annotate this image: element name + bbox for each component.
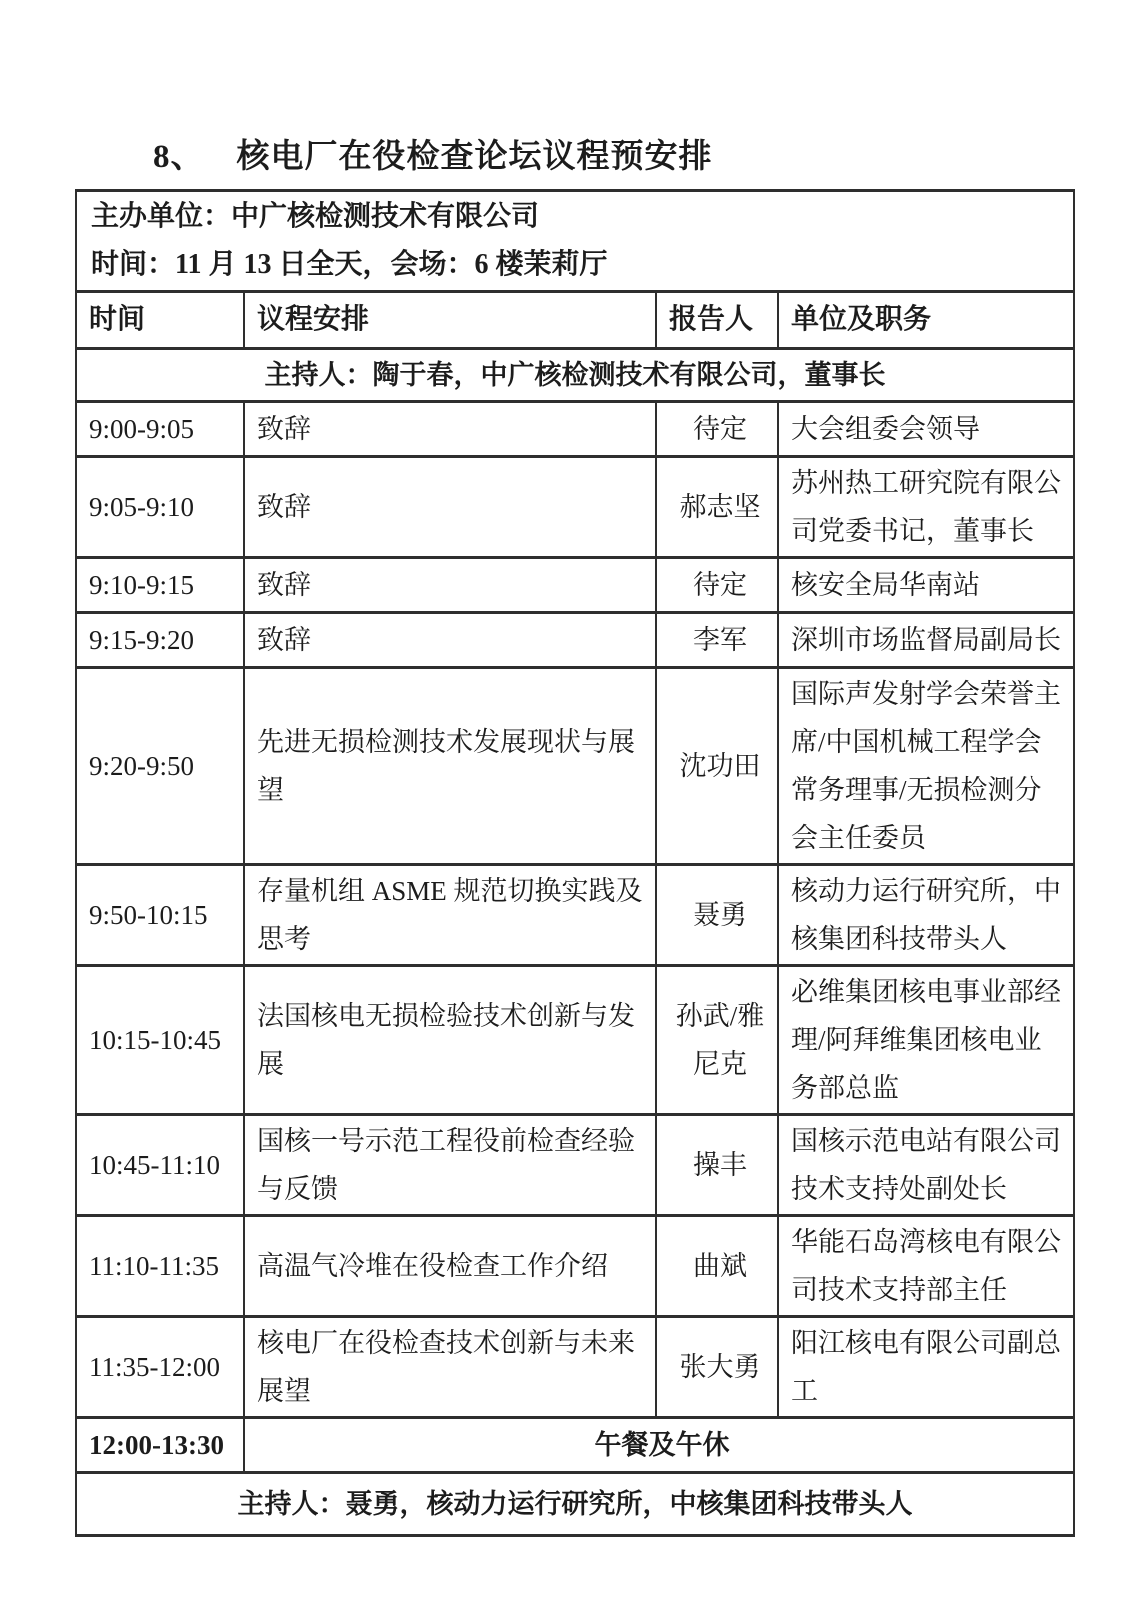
agenda-row-topic: 致辞 — [244, 457, 656, 558]
agenda-row: 11:35-12:00核电厂在役检查技术创新与未来展望张大勇阳江核电有限公司副总… — [76, 1317, 1074, 1418]
agenda-row-speaker: 张大勇 — [656, 1317, 778, 1418]
agenda-row-time: 9:10-9:15 — [76, 558, 244, 613]
agenda-row-topic: 致辞 — [244, 613, 656, 668]
moderator-row-morning: 主持人：陶于春，中广核检测技术有限公司，董事长 — [76, 349, 1074, 402]
agenda-row: 10:15-10:45法国核电无损检验技术创新与发展孙武/雅尼克必维集团核电事业… — [76, 966, 1074, 1115]
moderator-row-afternoon: 主持人：聂勇，核动力运行研究所，中核集团科技带头人 — [76, 1473, 1074, 1536]
agenda-row-unit: 核安全局华南站 — [778, 558, 1074, 613]
agenda-row: 9:50-10:15存量机组 ASME 规范切换实践及思考聂勇核动力运行研究所，… — [76, 865, 1074, 966]
agenda-row: 9:10-9:15致辞待定核安全局华南站 — [76, 558, 1074, 613]
agenda-row-time: 9:20-9:50 — [76, 668, 244, 865]
agenda-row-speaker: 操丰 — [656, 1115, 778, 1216]
agenda-row-unit: 深圳市场监督局副局长 — [778, 613, 1074, 668]
agenda-row: 11:10-11:35高温气冷堆在役检查工作介绍曲斌华能石岛湾核电有限公司技术支… — [76, 1216, 1074, 1317]
agenda-row-unit: 华能石岛湾核电有限公司技术支持部主任 — [778, 1216, 1074, 1317]
col-header-agenda: 议程安排 — [244, 292, 656, 349]
agenda-row-time: 9:05-9:10 — [76, 457, 244, 558]
title-text: 核电厂在役检查论坛议程预安排 — [237, 139, 713, 175]
agenda-table: 主办单位：中广核检测技术有限公司 时间：11 月 13 日全天，会场：6 楼茉莉… — [75, 189, 1075, 1537]
agenda-row-topic: 高温气冷堆在役检查工作介绍 — [244, 1216, 656, 1317]
moderator-morning-text: 主持人：陶于春，中广核检测技术有限公司，董事长 — [76, 349, 1074, 402]
organizer-line: 主办单位：中广核检测技术有限公司 — [91, 193, 1067, 241]
agenda-row-topic: 致辞 — [244, 402, 656, 457]
agenda-row-time: 9:50-10:15 — [76, 865, 244, 966]
agenda-row-time: 9:15-9:20 — [76, 613, 244, 668]
agenda-row-topic: 致辞 — [244, 558, 656, 613]
agenda-row-time: 10:15-10:45 — [76, 966, 244, 1115]
agenda-row-topic: 核电厂在役检查技术创新与未来展望 — [244, 1317, 656, 1418]
agenda-row-unit: 必维集团核电事业部经理/阿拜维集团核电业务部总监 — [778, 966, 1074, 1115]
agenda-row-speaker: 李军 — [656, 613, 778, 668]
page-title: 8、核电厂在役检查论坛议程预安排 — [153, 0, 1131, 177]
col-header-unit: 单位及职务 — [778, 292, 1074, 349]
agenda-row: 10:45-11:10国核一号示范工程役前检查经验与反馈操丰国核示范电站有限公司… — [76, 1115, 1074, 1216]
agenda-row-speaker: 待定 — [656, 402, 778, 457]
lunch-time: 12:00-13:30 — [76, 1418, 244, 1473]
col-header-time: 时间 — [76, 292, 244, 349]
col-header-speaker: 报告人 — [656, 292, 778, 349]
agenda-row-topic: 国核一号示范工程役前检查经验与反馈 — [244, 1115, 656, 1216]
lunch-label: 午餐及午休 — [244, 1418, 1074, 1473]
info-row: 主办单位：中广核检测技术有限公司 时间：11 月 13 日全天，会场：6 楼茉莉… — [76, 191, 1074, 292]
agenda-row-time: 11:35-12:00 — [76, 1317, 244, 1418]
agenda-row-topic: 法国核电无损检验技术创新与发展 — [244, 966, 656, 1115]
agenda-row-unit: 核动力运行研究所，中核集团科技带头人 — [778, 865, 1074, 966]
agenda-row-speaker: 聂勇 — [656, 865, 778, 966]
moderator-afternoon-text: 主持人：聂勇，核动力运行研究所，中核集团科技带头人 — [76, 1473, 1074, 1536]
document-page: 8、核电厂在役检查论坛议程预安排 主办单位：中广核检测技术有限公司 时间：11 … — [0, 0, 1131, 1600]
agenda-row: 9:00-9:05致辞待定大会组委会领导 — [76, 402, 1074, 457]
agenda-row-unit: 国际声发射学会荣誉主席/中国机械工程学会常务理事/无损检测分会主任委员 — [778, 668, 1074, 865]
agenda-row: 9:05-9:10致辞郝志坚苏州热工研究院有限公司党委书记，董事长 — [76, 457, 1074, 558]
datetime-venue-line: 时间：11 月 13 日全天，会场：6 楼茉莉厅 — [91, 241, 1067, 289]
title-number: 8、 — [153, 139, 205, 175]
agenda-row-unit: 阳江核电有限公司副总工 — [778, 1317, 1074, 1418]
lunch-row: 12:00-13:30 午餐及午休 — [76, 1418, 1074, 1473]
agenda-row-speaker: 曲斌 — [656, 1216, 778, 1317]
agenda-row-speaker: 孙武/雅尼克 — [656, 966, 778, 1115]
agenda-row-unit: 大会组委会领导 — [778, 402, 1074, 457]
agenda-row-speaker: 待定 — [656, 558, 778, 613]
agenda-row-topic: 先进无损检测技术发展现状与展望 — [244, 668, 656, 865]
agenda-row-unit: 国核示范电站有限公司技术支持处副处长 — [778, 1115, 1074, 1216]
agenda-row-topic: 存量机组 ASME 规范切换实践及思考 — [244, 865, 656, 966]
agenda-row-speaker: 沈功田 — [656, 668, 778, 865]
table-header-row: 时间 议程安排 报告人 单位及职务 — [76, 292, 1074, 349]
agenda-row-time: 11:10-11:35 — [76, 1216, 244, 1317]
agenda-row-time: 10:45-11:10 — [76, 1115, 244, 1216]
agenda-row: 9:15-9:20致辞李军深圳市场监督局副局长 — [76, 613, 1074, 668]
agenda-row-unit: 苏州热工研究院有限公司党委书记，董事长 — [778, 457, 1074, 558]
agenda-row-time: 9:00-9:05 — [76, 402, 244, 457]
agenda-row-speaker: 郝志坚 — [656, 457, 778, 558]
agenda-row: 9:20-9:50先进无损检测技术发展现状与展望沈功田国际声发射学会荣誉主席/中… — [76, 668, 1074, 865]
